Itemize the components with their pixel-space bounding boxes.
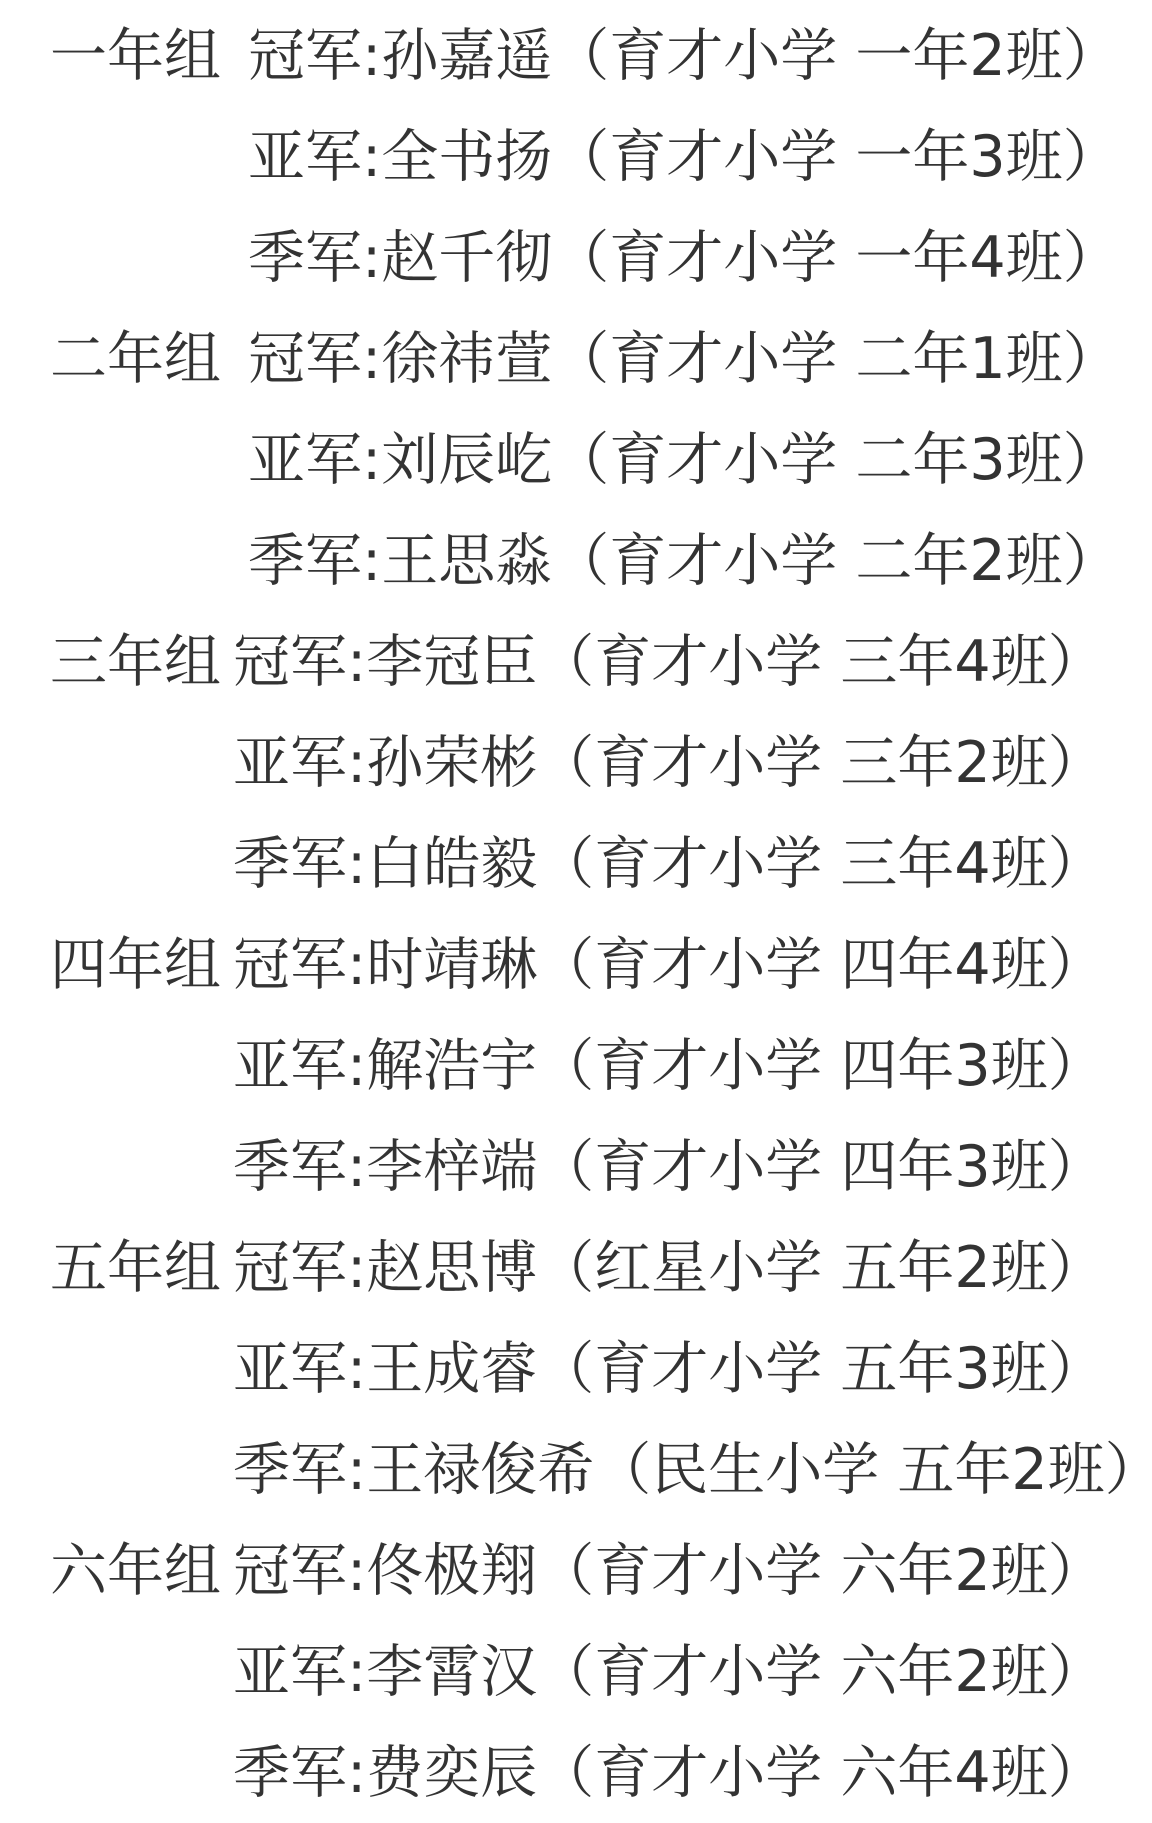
- winner-entry: 亚军:李霄汉（育才小学 六年2班）: [233, 1622, 1105, 1723]
- winner-name: 李霄汉: [366, 1639, 537, 1705]
- rank-label: 季军: [233, 1740, 347, 1806]
- rank-label: 季军: [233, 831, 347, 897]
- winner-entry: 季军:费奕辰（育才小学 六年4班）: [233, 1723, 1105, 1823]
- group-label: 四年组: [50, 915, 221, 1016]
- winner-entry: 冠军:佟极翔（育才小学 六年2班）: [233, 1521, 1105, 1622]
- class-name: 三年4班: [840, 831, 1047, 897]
- rank-label: 亚军: [233, 1033, 347, 1099]
- rank-label: 冠军: [233, 1235, 347, 1301]
- rank-label: 亚军: [233, 1336, 347, 1402]
- class-name: 六年2班: [840, 1639, 1047, 1705]
- class-name: 四年4班: [840, 932, 1047, 998]
- school-name: 育才小学: [594, 932, 822, 998]
- school-name: 育才小学: [594, 1639, 822, 1705]
- school-name: 育才小学: [609, 326, 837, 392]
- winner-name: 孙嘉遥: [381, 23, 552, 89]
- winner-name: 白皓毅: [366, 831, 537, 897]
- school-name: 育才小学: [594, 730, 822, 796]
- class-name: 六年2班: [840, 1538, 1047, 1604]
- rank-label: 季军: [233, 1437, 347, 1503]
- winner-name: 佟极翔: [366, 1538, 537, 1604]
- class-name: 三年2班: [840, 730, 1047, 796]
- winner-entry: 冠军:赵思博（红星小学 五年2班）: [233, 1218, 1105, 1319]
- rank-label: 季军: [248, 528, 362, 594]
- winner-entry: 季军:李梓端（育才小学 四年3班）: [233, 1117, 1105, 1218]
- school-name: 育才小学: [609, 225, 837, 291]
- school-name: 育才小学: [594, 1740, 822, 1806]
- group-label: 三年组: [50, 612, 221, 713]
- winner-entry: 季军:王禄俊希（民生小学 五年2班）: [233, 1420, 1152, 1521]
- winner-entry: 亚军:全书扬（育才小学 一年3班）: [248, 107, 1120, 208]
- winner-name: 解浩宇: [366, 1033, 537, 1099]
- winner-entry: 冠军:时靖琳（育才小学 四年4班）: [233, 915, 1105, 1016]
- school-name: 民生小学: [651, 1437, 879, 1503]
- rank-label: 亚军: [233, 1639, 347, 1705]
- winner-entry: 冠军:徐祎萱（育才小学 二年1班）: [248, 309, 1120, 410]
- winner-name: 孙荣彬: [366, 730, 537, 796]
- winner-entry: 亚军:孙荣彬（育才小学 三年2班）: [233, 713, 1105, 814]
- winner-entry: 季军:赵千彻（育才小学 一年4班）: [248, 208, 1120, 309]
- school-name: 育才小学: [594, 1538, 822, 1604]
- school-name: 育才小学: [594, 831, 822, 897]
- winner-name: 赵千彻: [381, 225, 552, 291]
- rank-label: 亚军: [233, 730, 347, 796]
- class-name: 五年3班: [840, 1336, 1047, 1402]
- school-name: 育才小学: [609, 124, 837, 190]
- rank-label: 季军: [248, 225, 362, 291]
- class-name: 三年4班: [840, 629, 1047, 695]
- school-name: 育才小学: [609, 23, 837, 89]
- group-label: 五年组: [50, 1218, 221, 1319]
- winner-name: 徐祎萱: [381, 326, 552, 392]
- rank-label: 季军: [233, 1134, 347, 1200]
- class-name: 二年3班: [855, 427, 1062, 493]
- class-name: 四年3班: [840, 1033, 1047, 1099]
- class-name: 二年1班: [855, 326, 1062, 392]
- winner-name: 刘辰屹: [381, 427, 552, 493]
- winner-name: 费奕辰: [366, 1740, 537, 1806]
- school-name: 育才小学: [594, 1033, 822, 1099]
- winner-entry: 亚军:解浩宇（育才小学 四年3班）: [233, 1016, 1105, 1117]
- school-name: 育才小学: [594, 1336, 822, 1402]
- winner-entry: 冠军:李冠臣（育才小学 三年4班）: [233, 612, 1105, 713]
- group-label: 二年组: [50, 309, 221, 410]
- rank-label: 冠军: [233, 1538, 347, 1604]
- rank-label: 亚军: [248, 427, 362, 493]
- school-name: 红星小学: [594, 1235, 822, 1301]
- winner-name: 赵思博: [366, 1235, 537, 1301]
- group-label: 一年组: [50, 6, 221, 107]
- rank-label: 冠军: [233, 629, 347, 695]
- winner-entry: 亚军:王成睿（育才小学 五年3班）: [233, 1319, 1105, 1420]
- class-name: 六年4班: [840, 1740, 1047, 1806]
- class-name: 五年2班: [897, 1437, 1104, 1503]
- school-name: 育才小学: [609, 528, 837, 594]
- winner-name: 时靖琳: [366, 932, 537, 998]
- school-name: 育才小学: [609, 427, 837, 493]
- winner-entry: 冠军:孙嘉遥（育才小学 一年2班）: [248, 6, 1120, 107]
- class-name: 一年4班: [855, 225, 1062, 291]
- class-name: 二年2班: [855, 528, 1062, 594]
- rank-label: 冠军: [248, 326, 362, 392]
- rank-label: 冠军: [248, 23, 362, 89]
- winner-entry: 亚军:刘辰屹（育才小学 二年3班）: [248, 410, 1120, 511]
- group-label: 六年组: [50, 1521, 221, 1622]
- winner-name: 全书扬: [381, 124, 552, 190]
- rank-label: 冠军: [233, 932, 347, 998]
- class-name: 一年3班: [855, 124, 1062, 190]
- rank-label: 亚军: [248, 124, 362, 190]
- winner-name: 王思淼: [381, 528, 552, 594]
- winner-entry: 季军:王思淼（育才小学 二年2班）: [248, 511, 1120, 612]
- class-name: 五年2班: [840, 1235, 1047, 1301]
- winner-name: 李冠臣: [366, 629, 537, 695]
- winner-name: 王禄俊希: [366, 1437, 594, 1503]
- school-name: 育才小学: [594, 629, 822, 695]
- winner-name: 王成睿: [366, 1336, 537, 1402]
- class-name: 一年2班: [855, 23, 1062, 89]
- winner-name: 李梓端: [366, 1134, 537, 1200]
- school-name: 育才小学: [594, 1134, 822, 1200]
- class-name: 四年3班: [840, 1134, 1047, 1200]
- winner-entry: 季军:白皓毅（育才小学 三年4班）: [233, 814, 1105, 915]
